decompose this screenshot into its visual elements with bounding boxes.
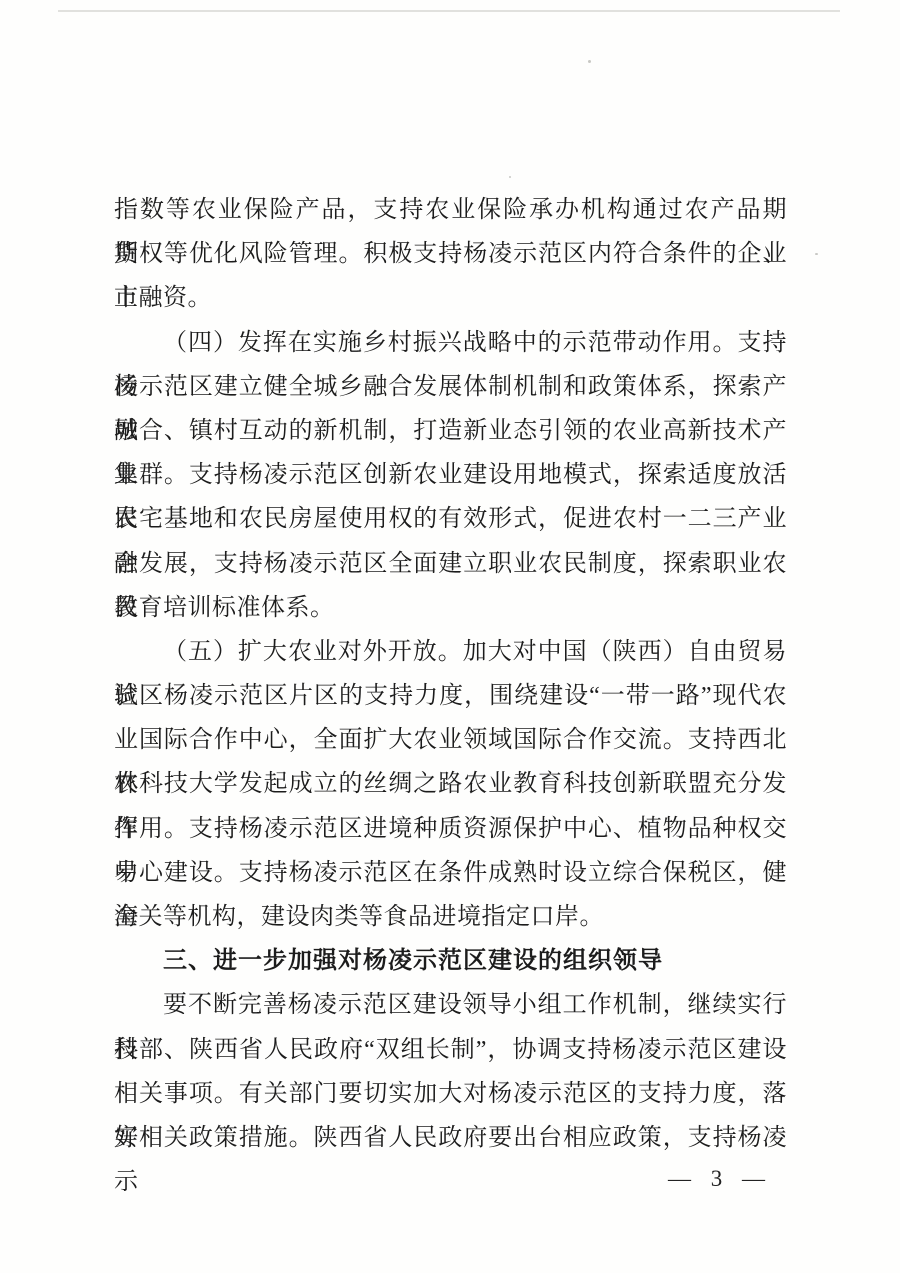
text-line: 业国际合作中心，全面扩大农业领域国际合作交流。支持西北农	[114, 718, 787, 762]
text-line: 期权等优化风险管理。积极支持杨凌示范区内符合条件的企业上	[114, 232, 787, 276]
text-line: （五）扩大农业对外开放。加大对中国（陕西）自由贸易试	[114, 630, 787, 674]
text-line: 市融资。	[114, 276, 787, 320]
text-line: 技部、陕西省人民政府“双组长制”，协调支持杨凌示范区建设	[114, 1028, 787, 1072]
text-line: 中心建设。支持杨凌示范区在条件成熟时设立综合保税区，健全	[114, 851, 787, 895]
text-line: 民宅基地和农民房屋使用权的有效形式，促进农村一二三产业融	[114, 497, 787, 541]
text-line: 凌示范区建立健全城乡融合发展体制机制和政策体系，探索产城	[114, 365, 787, 409]
page-number: — 3 —	[668, 1166, 772, 1192]
text-line: 集群。支持杨凌示范区创新农业建设用地模式，探索适度放活农	[114, 453, 787, 497]
text-line: 融合、镇村互动的新机制，打造新业态引领的农业高新技术产业	[114, 409, 787, 453]
document-body: 指数等农业保险产品，支持农业保险承办机构通过农产品期货、期权等优化风险管理。积极…	[114, 188, 787, 1160]
section-heading: 三、进一步加强对杨凌示范区建设的组织领导	[114, 939, 787, 983]
text-line: （四）发挥在实施乡村振兴战略中的示范带动作用。支持杨	[114, 321, 787, 365]
text-line: 验区杨凌示范区片区的支持力度，围绕建设“一带一路”现代农	[114, 674, 787, 718]
text-line: 林科技大学发起成立的丝绸之路农业教育科技创新联盟充分发挥	[114, 762, 787, 806]
text-line: 相关事项。有关部门要切实加大对杨凌示范区的支持力度，落实	[114, 1072, 787, 1116]
scan-artifact-speck	[815, 253, 818, 255]
text-line: 指数等农业保险产品，支持农业保险承办机构通过农产品期货、	[114, 188, 787, 232]
text-line: 作用。支持杨凌示范区进境种质资源保护中心、植物品种权交易	[114, 807, 787, 851]
text-line: 海关等机构，建设肉类等食品进境指定口岸。	[114, 895, 787, 939]
text-line: 合发展，支持杨凌示范区全面建立职业农民制度，探索职业农民	[114, 542, 787, 586]
scan-artifact-line	[58, 10, 840, 12]
scan-artifact-speck	[588, 60, 591, 63]
text-line: 好相关政策措施。陕西省人民政府要出台相应政策，支持杨凌示	[114, 1116, 787, 1160]
scanned-document-page: 指数等农业保险产品，支持农业保险承办机构通过农产品期货、期权等优化风险管理。积极…	[0, 0, 900, 1273]
scan-artifact-speck	[509, 176, 511, 178]
text-line: 教育培训标准体系。	[114, 586, 787, 630]
text-line: 要不断完善杨凌示范区建设领导小组工作机制，继续实行科	[114, 983, 787, 1027]
